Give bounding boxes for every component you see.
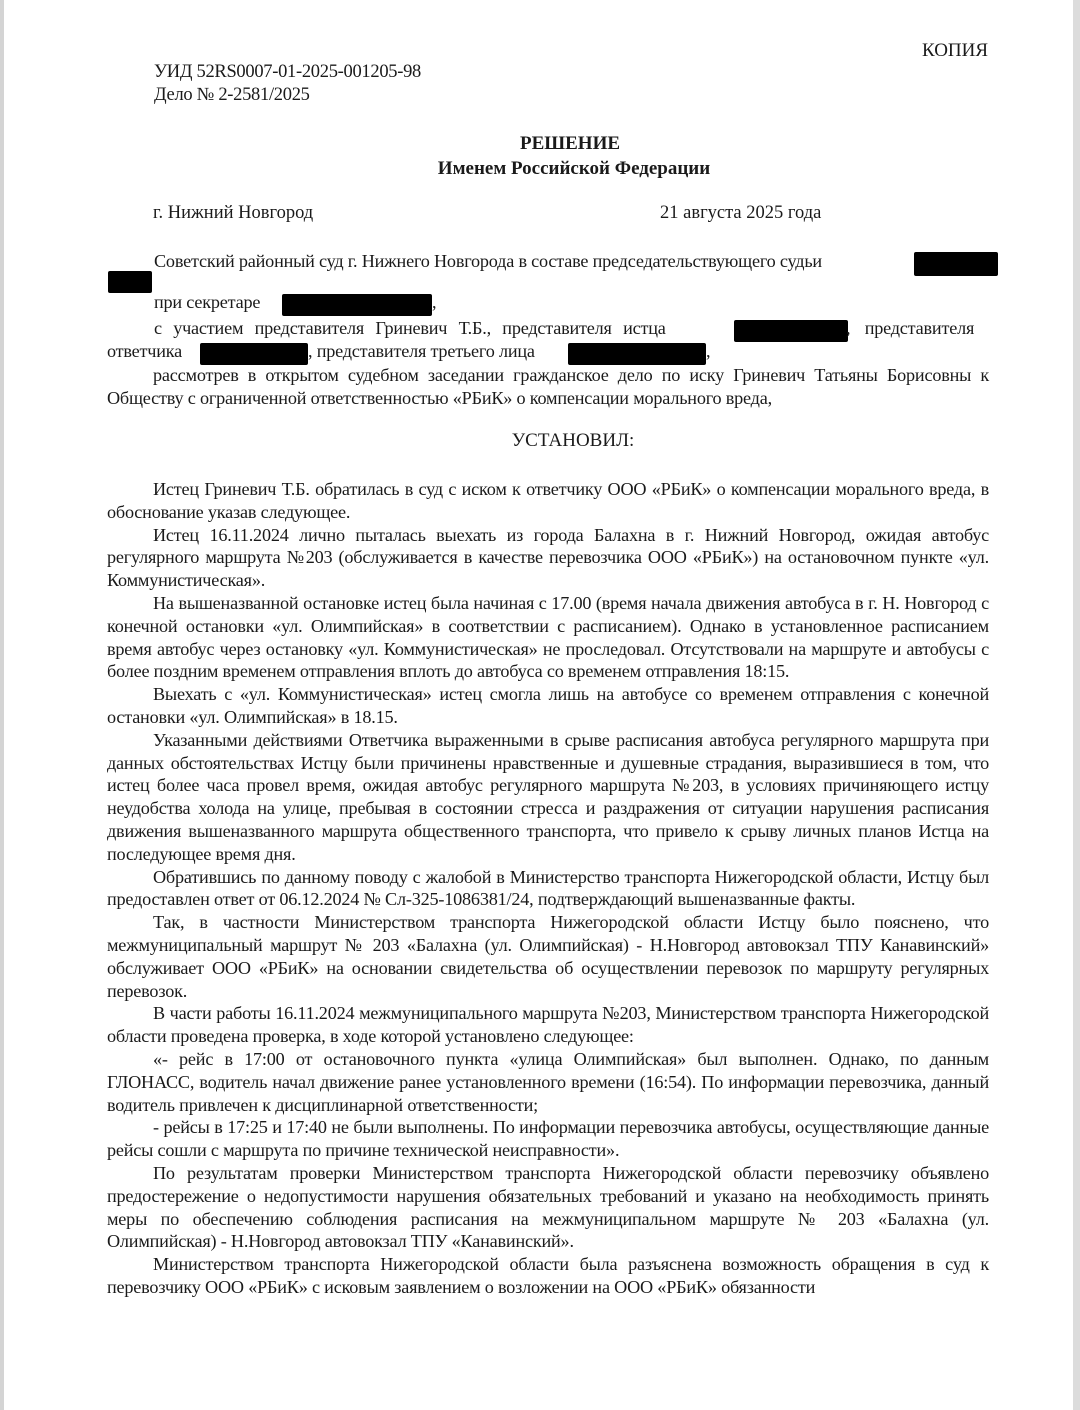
document-subtitle: Именем Российской Федерации <box>0 158 1080 180</box>
participation-line-1-end: , представителя <box>846 318 974 339</box>
paragraph-8: В части работы 16.11.2024 межмуниципальн… <box>107 1002 989 1048</box>
participation-line-2b: , представителя третьего лица <box>308 341 535 362</box>
secretary-comma: , <box>432 292 436 313</box>
paragraph-7: Так, в частности Министерством транспорт… <box>107 911 989 1002</box>
participation-line-2a: ответчика <box>107 341 182 362</box>
established-heading: УСТАНОВИЛ: <box>0 430 1080 452</box>
paragraph-4: Выехать с «ул. Коммунистическая» истец с… <box>107 683 989 729</box>
paragraph-12: Министерством транспорта Нижегородской о… <box>107 1253 989 1299</box>
city: г. Нижний Новгород <box>153 203 313 224</box>
redaction-plaintiff-rep <box>734 320 848 342</box>
redaction-third-party-rep <box>568 343 706 365</box>
redaction-secretary <box>282 294 432 316</box>
paragraph-6: Обратившись по данному поводу с жалобой … <box>107 866 989 912</box>
paragraph-11: По результатам проверки Министерством тр… <box>107 1162 989 1253</box>
copy-mark: КОПИЯ <box>922 40 988 62</box>
redaction-judge-1 <box>914 252 998 276</box>
participation-line-2c: , <box>706 341 710 362</box>
redaction-judge-2 <box>108 271 152 293</box>
decision-date: 21 августа 2025 года <box>660 203 821 224</box>
considered-paragraph: рассмотрев в открытом судебном заседании… <box>107 364 989 410</box>
paragraph-5: Указанными действиями Ответчика выраженн… <box>107 729 989 866</box>
secretary-label: при секретаре <box>154 292 260 313</box>
paragraph-9-quote: «- рейс в 17:00 от остановочного пункта … <box>107 1048 989 1116</box>
document-page: КОПИЯ УИД 52RS0007-01-2025-001205-98 Дел… <box>0 0 1080 1410</box>
paragraph-10-quote: - рейсы в 17:25 и 17:40 не были выполнен… <box>107 1116 989 1162</box>
redaction-defendant-rep <box>200 343 308 365</box>
case-uid: УИД 52RS0007-01-2025-001205-98 <box>154 62 421 83</box>
established-body: Истец Гриневич Т.Б. обратилась в суд с и… <box>107 478 989 1299</box>
participation-line-1: с участием представителя Гриневич Т.Б., … <box>154 318 666 339</box>
court-composition-line: Советский районный суд г. Нижнего Новгор… <box>154 251 909 272</box>
document-title: РЕШЕНИЕ <box>0 133 1080 155</box>
case-number: Дело № 2-2581/2025 <box>154 85 310 106</box>
considered-text: рассмотрев в открытом судебном заседании… <box>107 364 989 410</box>
paragraph-1: Истец Гриневич Т.Б. обратилась в суд с и… <box>107 478 989 524</box>
paragraph-3: На вышеназванной остановке истец была на… <box>107 592 989 683</box>
paragraph-2: Истец 16.11.2024 лично пыталась выехать … <box>107 524 989 592</box>
